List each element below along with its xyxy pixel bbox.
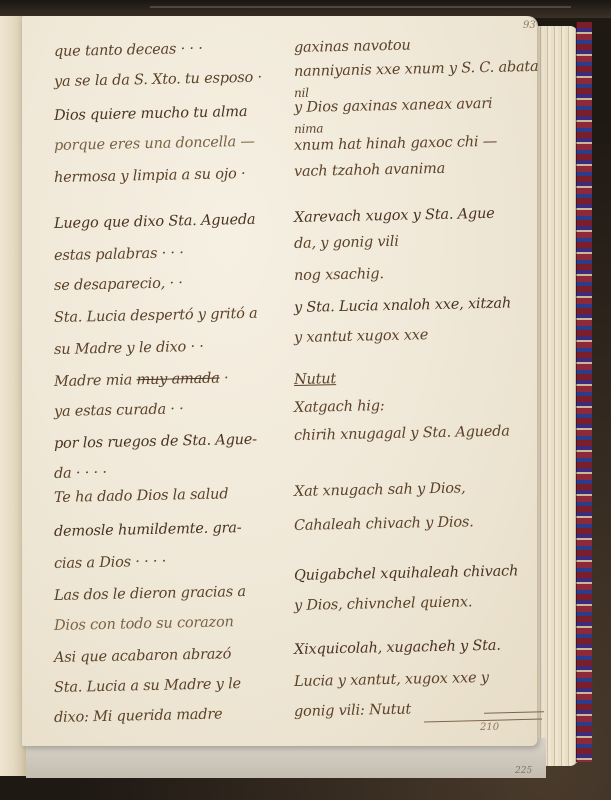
text-line: Te ha dado Dios la salud (54, 486, 229, 506)
text-line: Nutut (294, 371, 336, 388)
manuscript-scan: que tanto deceas · · · ya se la da S. Xt… (0, 0, 611, 800)
text-line: nanniyanis xxe xnum y S. C. abata (294, 59, 539, 80)
text-line: Xat xnugach sah y Dios, (294, 480, 466, 500)
text-line: Dios con todo su corazon (54, 614, 234, 634)
text-line: se desaparecio, · · (54, 275, 183, 294)
text-line: nil (294, 86, 309, 100)
text-line: Sta. Lucia a su Madre y le (54, 676, 241, 696)
folio-number-lower-margin: 225 (515, 766, 532, 776)
text-line: por los ruegos de Sta. Ague- (54, 432, 257, 452)
text-line: Xatgach hig: (294, 398, 385, 416)
text-line: y Dios gaxinas xaneax avari (294, 96, 493, 116)
text-line: Luego que dixo Sta. Agueda (54, 212, 256, 232)
text-line: da, y gonig vili (294, 234, 399, 252)
folio-number-bottom: 210 (480, 722, 499, 733)
text-line: Lucia y xantut, xugox xxe y (294, 670, 489, 690)
text-line: Dios quiere mucho tu alma (54, 104, 248, 124)
text-line: cias a Dios · · · · (54, 554, 167, 572)
text-line: y Dios, chivnchel quienx. (294, 594, 473, 614)
marbled-fore-edge (576, 22, 592, 762)
folio-number-top: 93 (523, 20, 536, 31)
text-line: su Madre y le dixo · · (54, 339, 204, 358)
text-line: xnum hat hinah gaxoc chi — (294, 134, 497, 154)
text-line: dixo: Mi querida madre (54, 706, 223, 726)
text-line: que tanto deceas · · · (54, 41, 203, 60)
text-line: gaxinas navotou (294, 38, 411, 56)
text-line: porque eres una doncella — (54, 134, 255, 154)
manuscript-page: que tanto deceas · · · ya se la da S. Xt… (22, 16, 537, 746)
text-fragment: · (224, 370, 229, 386)
text-fragment: Madre mia (54, 372, 132, 390)
text-line: Sta. Lucia despertó y gritó a (54, 306, 258, 326)
text-line: Las dos le dieron gracias a (54, 584, 246, 604)
text-line: vach tzahoh avanima (294, 161, 445, 180)
text-line: Xixquicolah, xugacheh y Sta. (294, 638, 501, 658)
page-edge-stack (530, 26, 578, 766)
text-line: y xantut xugox xxe (294, 327, 429, 346)
text-line: demosle humildemte. gra- (54, 520, 242, 540)
end-rule (484, 711, 544, 714)
text-line: Quigabchel xquihaleah chivach (294, 563, 518, 584)
text-line: da · · · · (54, 465, 107, 482)
text-line: gonig vili: Nutut (294, 702, 411, 720)
text-line: Cahaleah chivach y Dios. (294, 514, 474, 534)
text-line: Asi que acabaron abrazó (54, 646, 231, 666)
text-line: hermosa y limpia a su ojo · (54, 166, 246, 186)
text-line: chirih xnugagal y Sta. Agueda (294, 423, 510, 444)
struck-text: muy amada (136, 371, 219, 389)
text-line: nog xsachig. (294, 266, 384, 284)
text-line: estas palabras · · · (54, 245, 184, 264)
text-line: y Sta. Lucia xnaloh xxe, xitzah (294, 295, 511, 316)
text-line: Xarevach xugox y Sta. Ague (294, 206, 495, 226)
text-line: Madre mia muy amada · (54, 370, 229, 390)
text-line: ya estas curada · · (54, 401, 184, 420)
text-line: nima (294, 121, 324, 136)
text-line: ya se la da S. Xto. tu esposo · (54, 70, 262, 90)
